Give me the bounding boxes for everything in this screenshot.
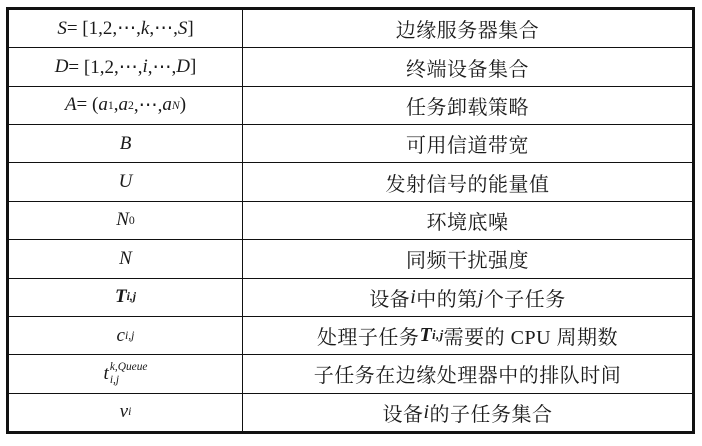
- symbol-cell: U: [9, 163, 243, 200]
- symbol-cell: A = (a1,a2,⋯,aN): [9, 87, 243, 124]
- table-row: S = [1,2,⋯,k,⋯,S ]边缘服务器集合: [9, 10, 692, 47]
- description-cell: 设备i的子任务集合: [243, 394, 692, 431]
- table-row: vi设备i的子任务集合: [9, 393, 692, 431]
- notation-table: S = [1,2,⋯,k,⋯,S ]边缘服务器集合D = [1,2,⋯,i,⋯,…: [6, 7, 695, 434]
- description-cell: 终端设备集合: [243, 48, 692, 85]
- table-row: D = [1,2,⋯,i,⋯,D ]终端设备集合: [9, 47, 692, 85]
- description-cell: 同频干扰强度: [243, 240, 692, 277]
- description-cell: 边缘服务器集合: [243, 10, 692, 47]
- symbol-cell: S = [1,2,⋯,k,⋯,S ]: [9, 10, 243, 47]
- table-row: Ti,j设备i中的第j个子任务: [9, 278, 692, 316]
- description-cell: 发射信号的能量值: [243, 163, 692, 200]
- table-row: U发射信号的能量值: [9, 162, 692, 200]
- table-row: B可用信道带宽: [9, 124, 692, 162]
- description-cell: 可用信道带宽: [243, 125, 692, 162]
- table-row: A = (a1,a2,⋯,aN)任务卸载策略: [9, 86, 692, 124]
- symbol-cell: D = [1,2,⋯,i,⋯,D ]: [9, 48, 243, 85]
- symbol-cell: ci,j: [9, 317, 243, 354]
- table-row: N0环境底噪: [9, 201, 692, 239]
- description-cell: 子任务在边缘处理器中的排队时间: [243, 355, 692, 392]
- table-row: N同频干扰强度: [9, 239, 692, 277]
- symbol-cell: Ti,j: [9, 279, 243, 316]
- description-cell: 设备i中的第j个子任务: [243, 279, 692, 316]
- sup-sub-stack: k,Queuei,j: [110, 361, 148, 386]
- symbol-cell: vi: [9, 394, 243, 431]
- table-row: ci,j处理子任务 Ti,j需要的 CPU 周期数: [9, 316, 692, 354]
- symbol-cell: N: [9, 240, 243, 277]
- description-cell: 环境底噪: [243, 202, 692, 239]
- symbol-cell: N0: [9, 202, 243, 239]
- symbol-cell: tk,Queuei,j: [9, 355, 243, 392]
- table-row: tk,Queuei,j子任务在边缘处理器中的排队时间: [9, 354, 692, 392]
- description-cell: 处理子任务 Ti,j需要的 CPU 周期数: [243, 317, 692, 354]
- symbol-cell: B: [9, 125, 243, 162]
- description-cell: 任务卸载策略: [243, 87, 692, 124]
